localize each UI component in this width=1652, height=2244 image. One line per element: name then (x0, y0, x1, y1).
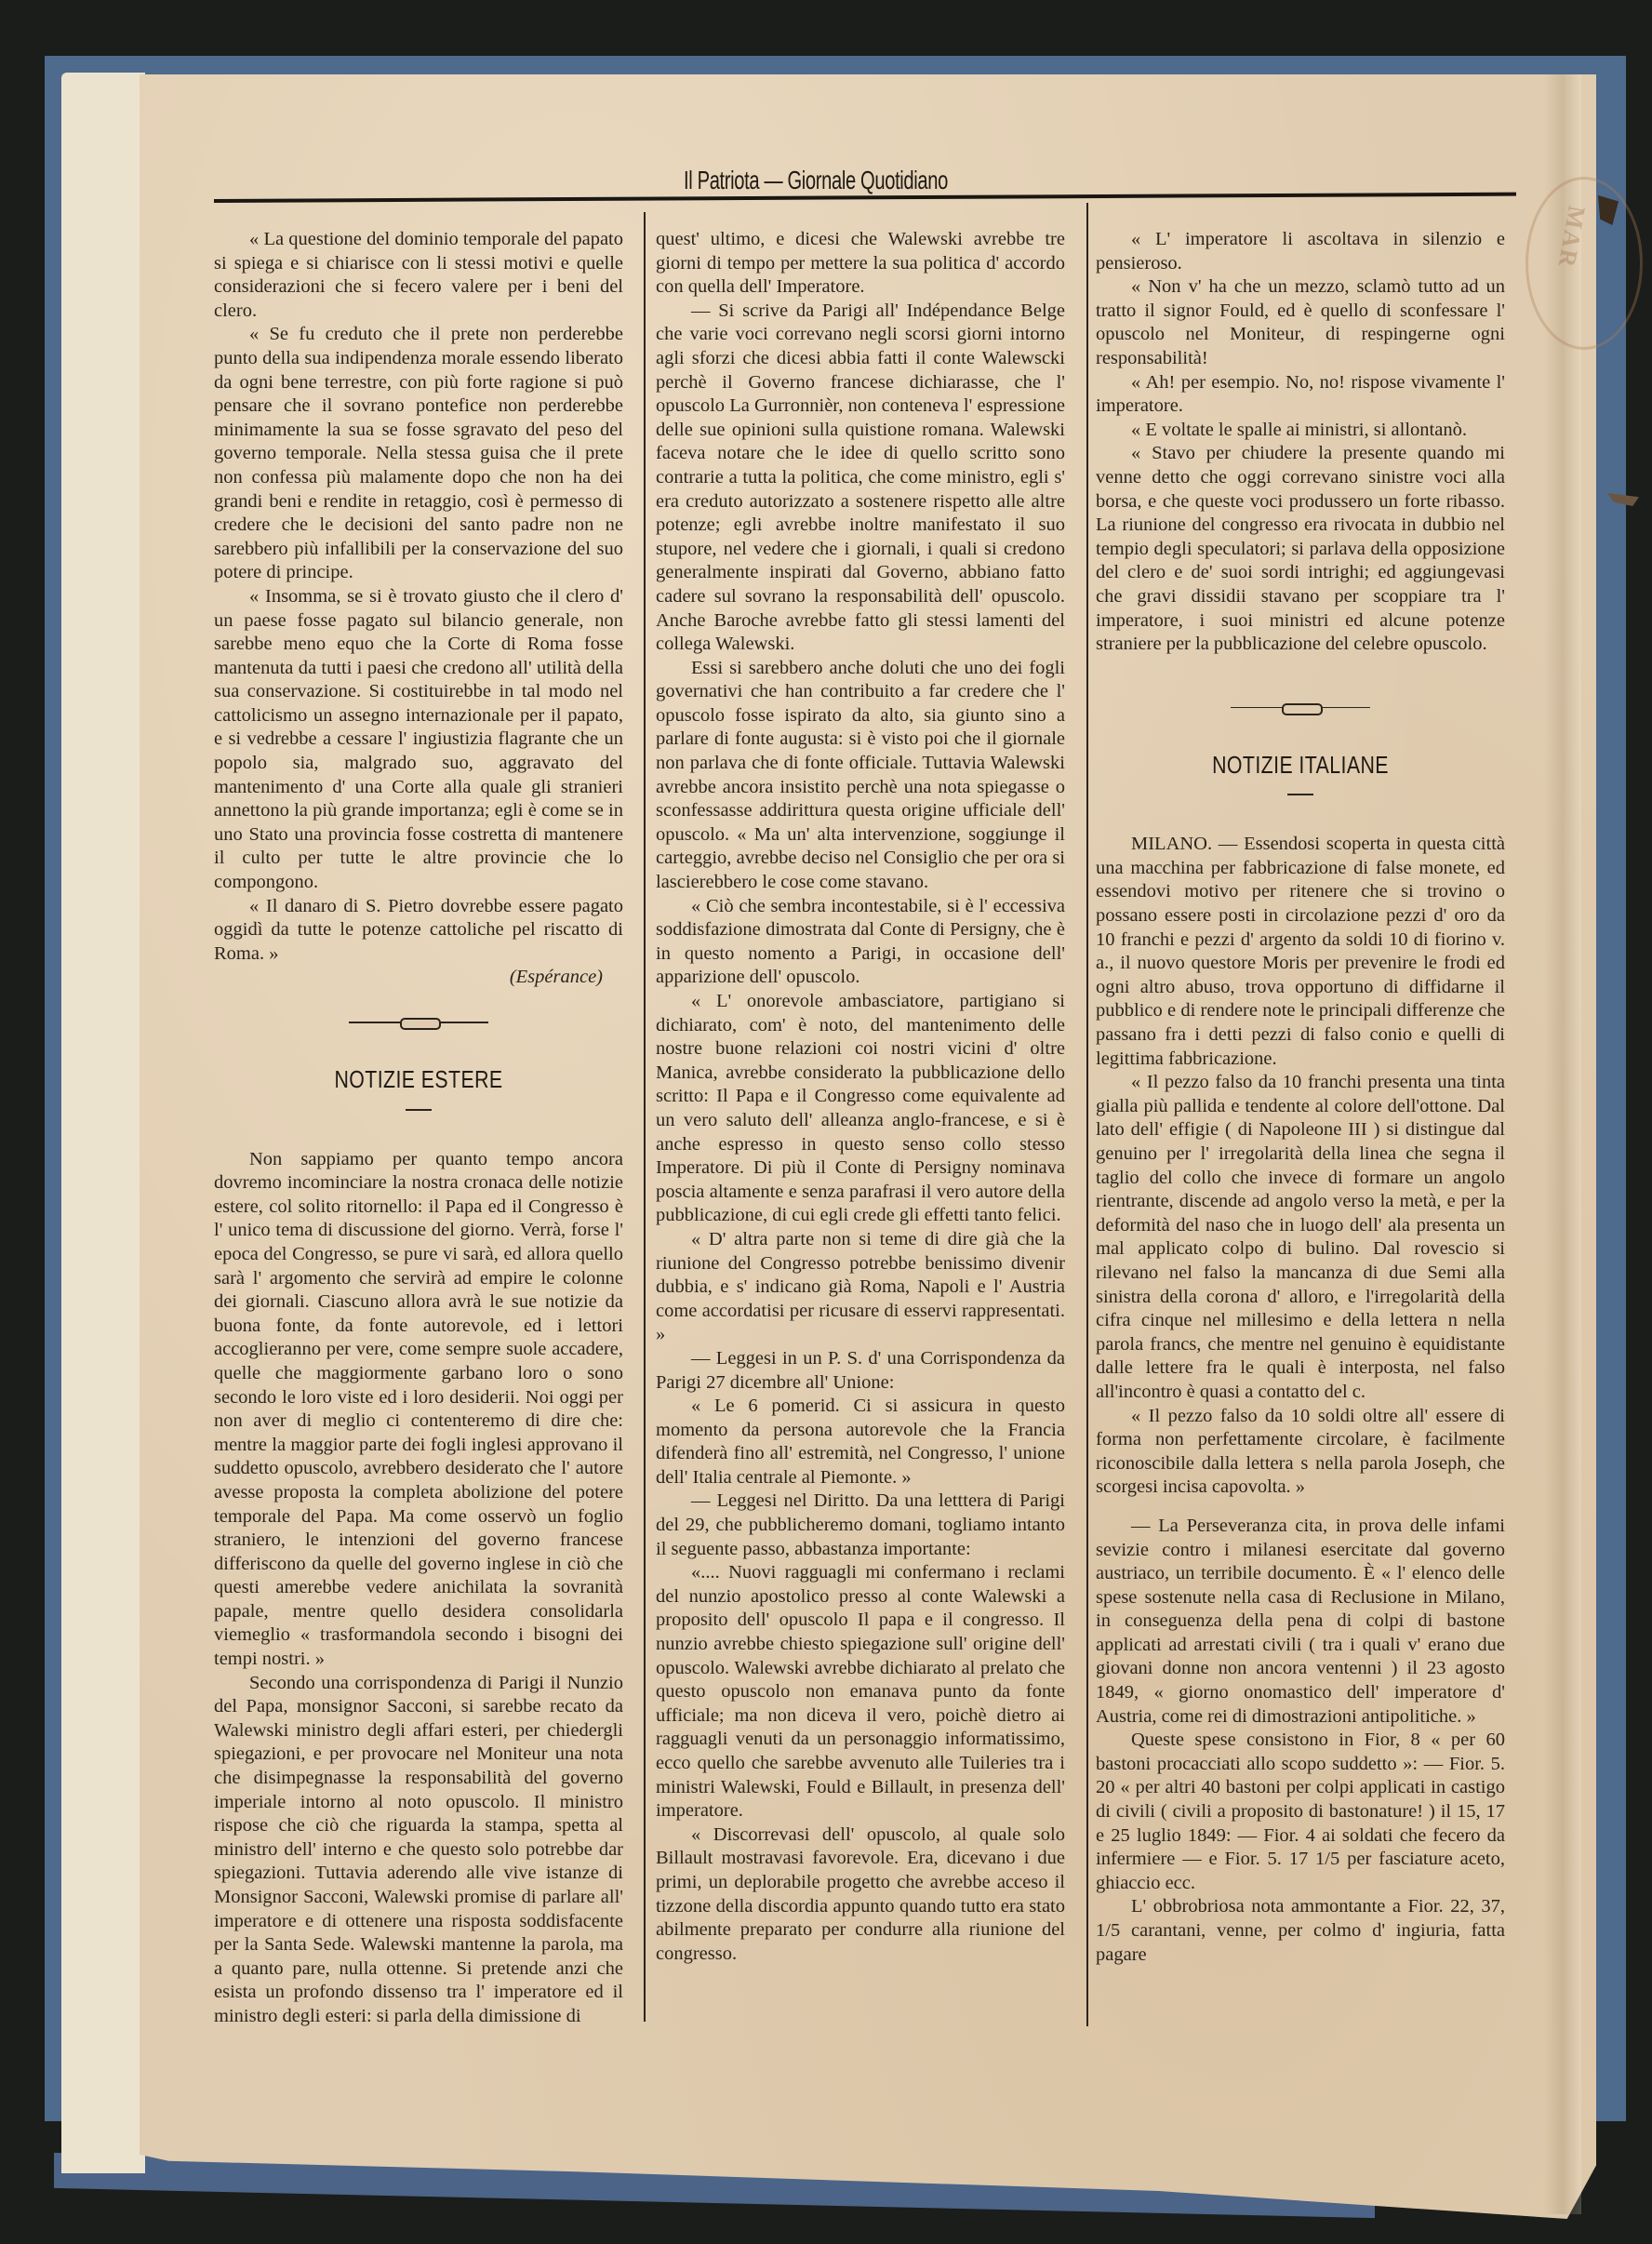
article-paragraph: Queste spese consistono in Fior, 8 « per… (1096, 1729, 1505, 1895)
title-rule (406, 1109, 432, 1111)
column-divider (1086, 203, 1088, 2026)
article-paragraph: Non sappiamo per quanto tempo ancora dov… (214, 1148, 623, 1672)
ornament-divider-icon (349, 1018, 488, 1027)
article-paragraph: L' obbrobriosa nota ammontante a Fior. 2… (1096, 1895, 1505, 1967)
article-paragraph: «.... Nuovi ragguagli mi confermano i re… (656, 1561, 1065, 1823)
article-paragraph: — Leggesi in un P. S. d' una Corrisponde… (656, 1347, 1065, 1395)
article-paragraph: Secondo una corrispondenza di Parigi il … (214, 1672, 623, 2029)
article-paragraph: « L' onorevole ambasciatore, partigiano … (656, 990, 1065, 1228)
flyleaf (61, 73, 145, 2173)
article-paragraph: — La Perseveranza cita, in prova delle i… (1096, 1515, 1505, 1729)
masthead-title: Il Patriota — Giornale Quotidiano (684, 166, 948, 195)
article-paragraph: — Leggesi nel Diritto. Da una letttera d… (656, 1489, 1065, 1561)
article-paragraph: « D' altra parte non si teme di dire già… (656, 1228, 1065, 1347)
page-header: Il Patriota — Giornale Quotidiano (214, 166, 1516, 203)
article-paragraph: « Non v' ha che un mezzo, sclamò tutto a… (1096, 275, 1505, 370)
article-paragraph: MILANO. — Essendosi scoperta in questa c… (1096, 833, 1505, 1071)
article-paragraph: « La questione del dominio temporale del… (214, 228, 623, 323)
title-rule (1287, 794, 1313, 795)
article-paragraph: « Ah! per esempio. No, no! rispose vivam… (1096, 371, 1505, 419)
article-paragraph: « Ciò che sembra incontestabile, si è l'… (656, 895, 1065, 990)
column-middle: quest' ultimo, e dicesi che Walewski avr… (656, 228, 1065, 1966)
article-paragraph: — Si scrive da Parigi all' Indépendance … (656, 300, 1065, 657)
ornament-divider-icon (1231, 703, 1370, 713)
article-paragraph: « L' imperatore li ascoltava in silenzio… (1096, 228, 1505, 275)
article-paragraph: quest' ultimo, e dicesi che Walewski avr… (656, 228, 1065, 300)
article-source: (Espérance) (214, 966, 623, 990)
article-paragraph: « Il pezzo falso da 10 franchi presenta … (1096, 1071, 1505, 1404)
column-divider (644, 212, 646, 2022)
article-paragraph: « Stavo per chiudere la presente quando … (1096, 442, 1505, 656)
page-fold (1544, 74, 1581, 2214)
article-paragraph: « Discorrevasi dell' opuscolo, al quale … (656, 1823, 1065, 1967)
article-paragraph: « Le 6 pomerid. Ci si assicura in questo… (656, 1395, 1065, 1489)
section-title-italiane: NOTIZIE ITALIANE (1133, 754, 1469, 778)
column-left: « La questione del dominio temporale del… (214, 228, 623, 2029)
section-title-estere: NOTIZIE ESTERE (251, 1068, 587, 1092)
column-right: « L' imperatore li ascoltava in silenzio… (1096, 228, 1505, 1967)
article-paragraph: « Il pezzo falso da 10 soldi oltre all' … (1096, 1405, 1505, 1500)
article-paragraph: « Il danaro di S. Pietro dovrebbe essere… (214, 895, 623, 967)
article-paragraph: « E voltate le spalle ai ministri, si al… (1096, 419, 1505, 443)
article-paragraph: Essi si sarebbero anche doluti che uno d… (656, 657, 1065, 895)
article-paragraph: « Insomma, se si è trovato giusto che il… (214, 585, 623, 895)
article-paragraph: « Se fu creduto che il prete non perdere… (214, 323, 623, 585)
library-stamp-icon (1525, 177, 1643, 350)
